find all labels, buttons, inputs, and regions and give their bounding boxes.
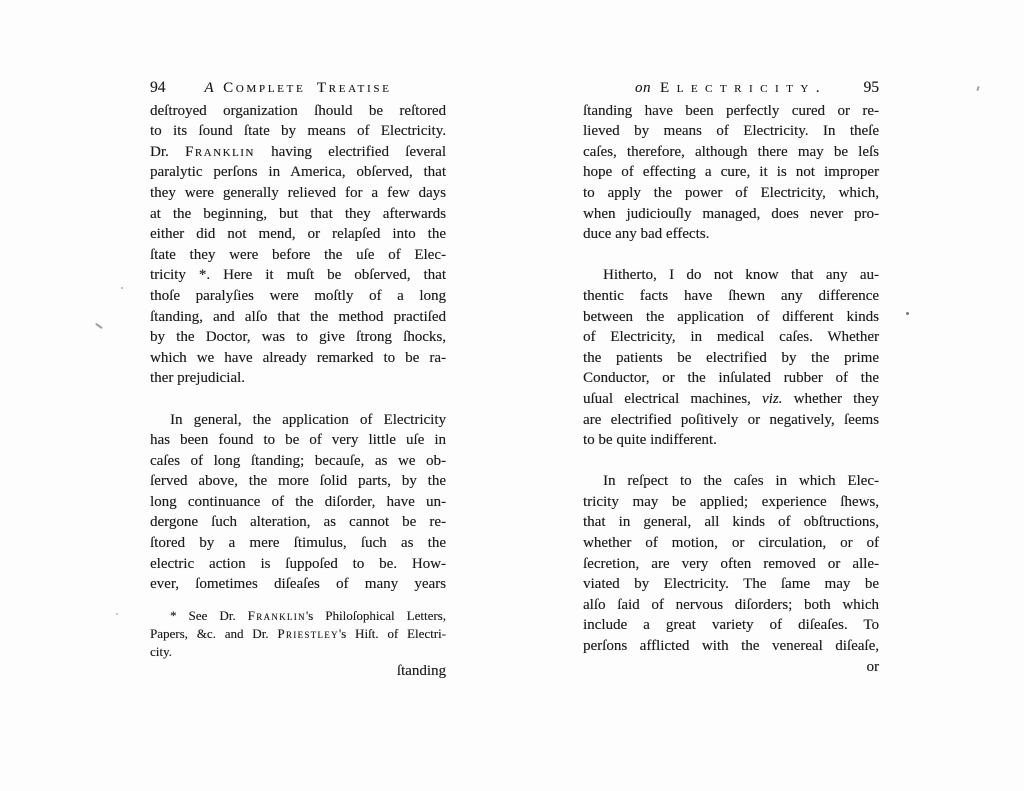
- text-line: thoſe paralyſies were moſtly of a long: [150, 286, 446, 307]
- catchword: or: [583, 658, 879, 676]
- text-line: whether of motion, or circulation, or of: [583, 533, 879, 554]
- page-number: 94: [150, 78, 180, 99]
- text-line: ever, ſometimes diſeaſes of many years: [150, 574, 446, 595]
- right-page: onElectricity. 95 ſtanding have been per…: [583, 78, 879, 676]
- text-line: ſtanding have been perfectly cured or re…: [583, 101, 879, 122]
- text-line: thentic facts have ſhewn any difference: [583, 286, 879, 307]
- small-caps-name: Priestley: [277, 626, 338, 641]
- scanned-book-spread: { "document": { "left_page": { "page_num…: [0, 0, 1024, 791]
- text-line: ſtanding, and alſo that the method pract…: [150, 307, 446, 328]
- text-line: of Electricity, in medical caſes. Whethe…: [583, 327, 879, 348]
- scan-speckle: [95, 323, 102, 329]
- paragraph: * See Dr. Franklin's Philoſophical Lette…: [150, 607, 446, 661]
- scan-speckle: [976, 86, 979, 91]
- text-line: viated by Electricity. The ſame may be: [583, 574, 879, 595]
- text-line: which we have already remarked to be ra-: [150, 348, 446, 369]
- paragraph: ſtanding have been perfectly cured or re…: [583, 101, 879, 245]
- scan-speckle: [872, 333, 874, 335]
- text-line: to be quite indifferent.: [583, 430, 879, 451]
- text-line: Dr. Franklin having electrified ſeveral: [150, 142, 446, 163]
- text-line: by the Doctor, was to give ſtrong ſhocks…: [150, 327, 446, 348]
- text-line: to apply the power of Electricity, which…: [583, 183, 879, 204]
- text-line: at the beginning, but that they afterwar…: [150, 204, 446, 225]
- running-title: onElectricity.: [613, 78, 849, 99]
- text-line: ſecretion, are very often removed or all…: [583, 554, 879, 575]
- text-line: include a great variety of diſeaſes. To: [583, 615, 879, 636]
- text-line: alſo ſaid of nervous diſorders; both whi…: [583, 595, 879, 616]
- paragraph: deſtroyed organization ſhould be reſtore…: [150, 101, 446, 389]
- text-line: they were generally relieved for a few d…: [150, 183, 446, 204]
- text-line: are electrified poſitively or negatively…: [583, 410, 879, 431]
- text-line: duce any bad effects.: [583, 224, 879, 245]
- text-line: Conductor, or the inſulated rubber of th…: [583, 368, 879, 389]
- text-line: Papers, &c. and Dr. Priestley's Hiſt. of…: [150, 625, 446, 643]
- text-line: between the application of different kin…: [583, 307, 879, 328]
- small-caps-name: Franklin: [185, 144, 255, 160]
- text-line: electric action is ſuppoſed to be. How-: [150, 554, 446, 575]
- italic-word: viz.: [762, 391, 782, 407]
- running-header-left: 94 AComplete Treatise: [150, 78, 446, 99]
- text-line: perſons afflicted with the venereal diſe…: [583, 636, 879, 657]
- text-line: has been found to be of very little uſe …: [150, 430, 446, 451]
- running-title-caps: Complete Treatise: [223, 80, 392, 96]
- footnote: * See Dr. Franklin's Philoſophical Lette…: [150, 607, 446, 661]
- scan-speckle: [906, 312, 909, 315]
- scan-speckle: [116, 613, 118, 615]
- running-title-caps: Electricity.: [660, 80, 827, 96]
- text-line: caſes, therefore, although there may be …: [583, 142, 879, 163]
- running-header-right: onElectricity. 95: [583, 78, 879, 99]
- text-line: uſual electrical machines, viz. whether …: [583, 389, 879, 410]
- text-line: city.: [150, 643, 446, 661]
- text-line: that in general, all kinds of obſtructio…: [583, 512, 879, 533]
- text-line: either did not mend, or relapſed into th…: [150, 224, 446, 245]
- running-title-lead: A: [204, 80, 214, 96]
- text-line: tricity *. Here it muſt be obſerved, tha…: [150, 265, 446, 286]
- page-text: ſtanding have been perfectly cured or re…: [583, 101, 879, 657]
- small-caps-name: Franklin: [248, 608, 306, 623]
- text-line: dergone ſuch alteration, as cannot be re…: [150, 512, 446, 533]
- text-line: when judiciouſly managed, does never pro…: [583, 204, 879, 225]
- running-title: AComplete Treatise: [180, 78, 416, 99]
- paragraph: In general, the application of Electrici…: [150, 410, 446, 595]
- text-line: ther prejudicial.: [150, 368, 446, 389]
- catchword: ſtanding: [150, 662, 446, 680]
- paragraph: In reſpect to the caſes in which Elec-tr…: [583, 471, 879, 656]
- text-line: tricity may be applied; experience ſhews…: [583, 492, 879, 513]
- running-title-lead: on: [635, 80, 651, 96]
- text-line: In reſpect to the caſes in which Elec-: [583, 471, 879, 492]
- text-line: caſes of long ſtanding; becauſe, as we o…: [150, 451, 446, 472]
- text-line: ſtate they were before the uſe of Elec-: [150, 245, 446, 266]
- left-page: 94 AComplete Treatise deſtroyed organiza…: [150, 78, 446, 680]
- scan-speckle: [121, 287, 123, 289]
- text-line: In general, the application of Electrici…: [150, 410, 446, 431]
- text-line: lieved by means of Electricity. In theſe: [583, 121, 879, 142]
- text-line: ſtored by a mere ſtimulus, ſuch as the: [150, 533, 446, 554]
- text-line: long continuance of the diſorder, have u…: [150, 492, 446, 513]
- text-line: * See Dr. Franklin's Philoſophical Lette…: [150, 607, 446, 625]
- scan-background: 94 AComplete Treatise deſtroyed organiza…: [0, 0, 1024, 791]
- text-line: the patients be electrified by the prime: [583, 348, 879, 369]
- paragraph: Hitherto, I do not know that any au-then…: [583, 265, 879, 450]
- text-line: paralytic perſons in America, obſerved, …: [150, 162, 446, 183]
- text-line: Hitherto, I do not know that any au-: [583, 265, 879, 286]
- text-line: hope of effecting a cure, it is not impr…: [583, 162, 879, 183]
- page-number: 95: [849, 78, 879, 99]
- page-text: deſtroyed organization ſhould be reſtore…: [150, 101, 446, 595]
- text-line: deſtroyed organization ſhould be reſtore…: [150, 101, 446, 122]
- text-line: to its ſound ſtate by means of Electrici…: [150, 121, 446, 142]
- text-line: ſerved above, the more ſolid parts, by t…: [150, 471, 446, 492]
